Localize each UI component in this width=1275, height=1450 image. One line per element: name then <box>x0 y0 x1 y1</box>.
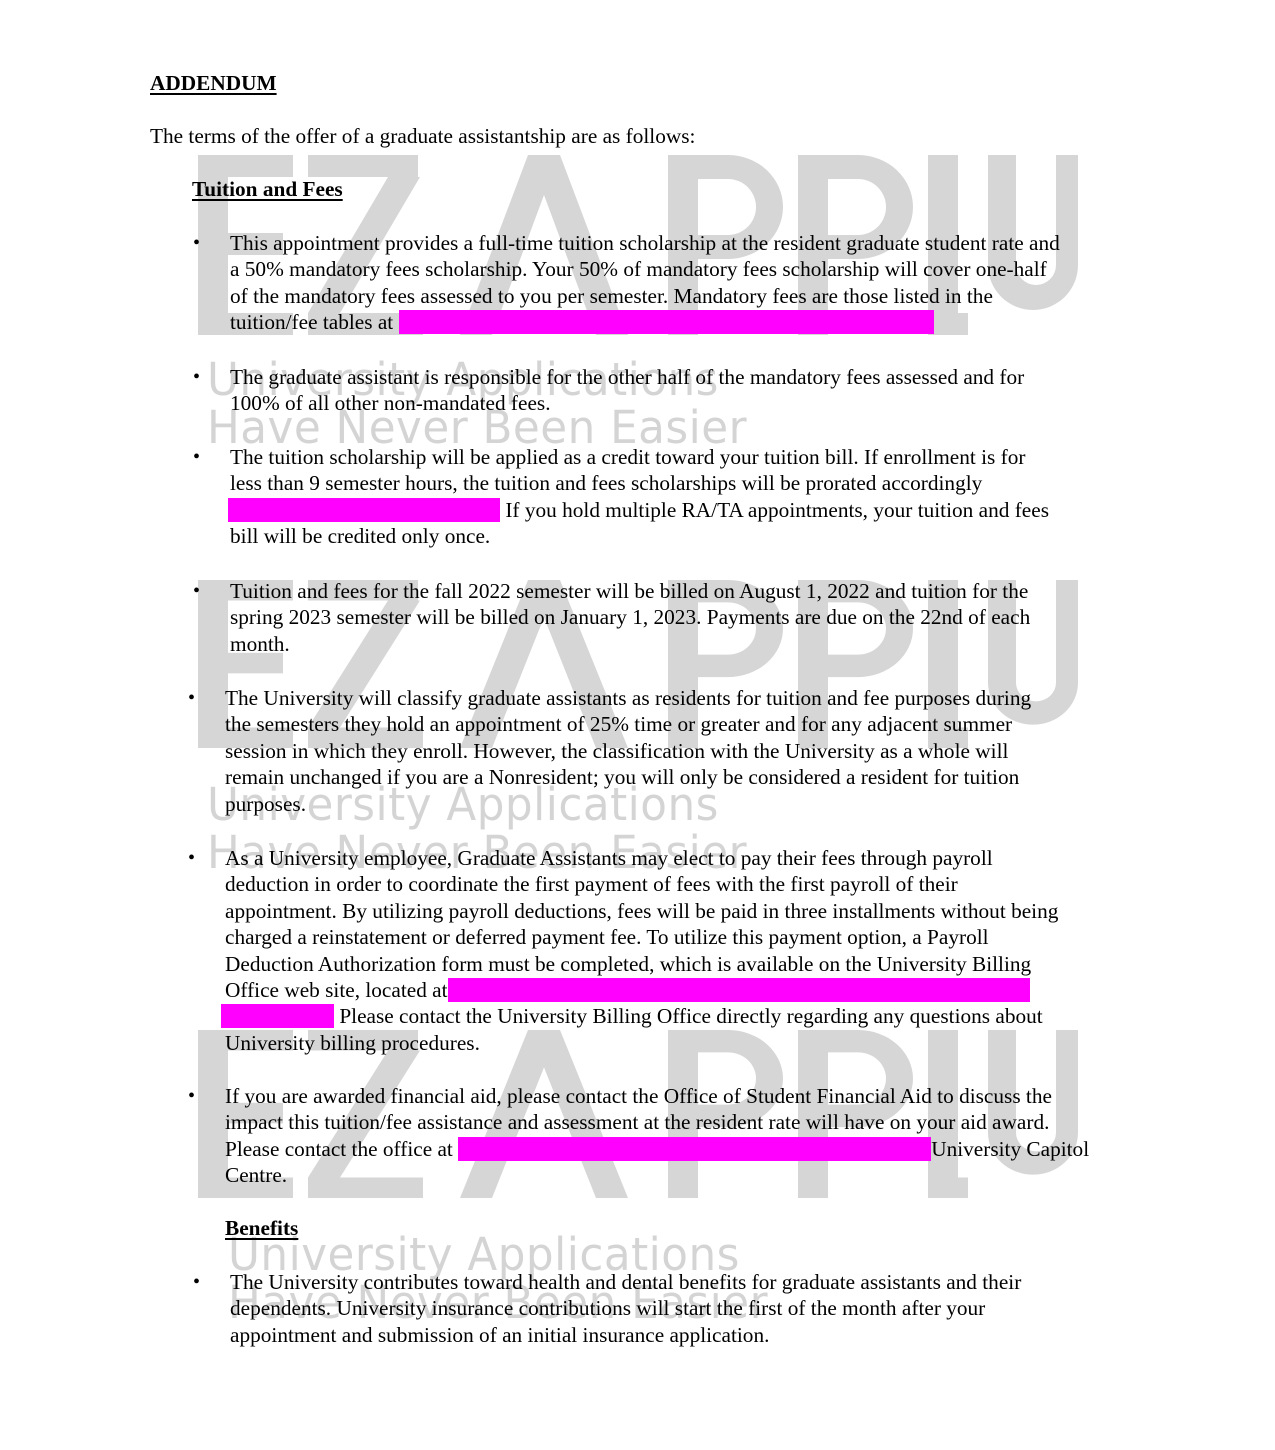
item-text-line: As a University employee, Graduate Assis… <box>225 845 1058 871</box>
item-text-line: month. <box>230 631 1030 657</box>
section-title-benefits: Benefits <box>225 1215 298 1241</box>
item-text-line: The graduate assistant is responsible fo… <box>230 364 1024 390</box>
document-page: ADDENDUM The terms of the offer of a gra… <box>0 0 1275 1450</box>
list-item: • If you are awarded financial aid, plea… <box>225 1083 1089 1189</box>
bullet-icon: • <box>193 578 200 604</box>
item-text-line: a 50% mandatory fees scholarship. Your 5… <box>230 256 1060 282</box>
item-text-line: Deduction Authorization form must be com… <box>225 951 1058 977</box>
bullet-icon: • <box>193 1269 200 1295</box>
item-text-line: less than 9 semester hours, the tuition … <box>230 470 1049 496</box>
bullet-icon: • <box>193 364 200 390</box>
item-text-line: spring 2023 semester will be billed on J… <box>230 604 1030 630</box>
item-text-line: dependents. University insurance contrib… <box>230 1295 1021 1321</box>
list-item: • As a University employee, Graduate Ass… <box>225 845 1058 1056</box>
intro-paragraph: The terms of the offer of a graduate ass… <box>150 123 695 149</box>
item-text-line: session in which they enroll. However, t… <box>225 738 1031 764</box>
redaction-block <box>228 498 500 522</box>
section-title-tuition-and-fees: Tuition and Fees <box>192 176 343 202</box>
item-text-line: 100% of all other non-mandated fees. <box>230 390 1024 416</box>
redaction-block <box>458 1137 931 1161</box>
redaction-block <box>448 978 1030 1002</box>
list-item: • This appointment provides a full-time … <box>230 230 1060 336</box>
item-text-line: This appointment provides a full-time tu… <box>230 230 1060 256</box>
item-text-line: Centre. <box>225 1162 1089 1188</box>
item-text-line: tuition/fee tables at <box>230 310 393 334</box>
bullet-icon: • <box>193 444 200 470</box>
item-text-line: remain unchanged if you are a Nonresiden… <box>225 764 1031 790</box>
item-text-line: University billing procedures. <box>225 1030 1058 1056</box>
item-text-line: University Capitol <box>931 1137 1089 1161</box>
item-text-line: The tuition scholarship will be applied … <box>230 444 1049 470</box>
item-text-line: bill will be credited only once. <box>230 523 1049 549</box>
list-item: • The tuition scholarship will be applie… <box>230 444 1049 550</box>
item-text-line: Office web site, located at <box>225 978 448 1002</box>
item-text-line: of the mandatory fees assessed to you pe… <box>230 283 1060 309</box>
item-text-line: charged a reinstatement or deferred paym… <box>225 924 1058 950</box>
item-text-line: If you are awarded financial aid, please… <box>225 1083 1089 1109</box>
item-text-line: The University will classify graduate as… <box>225 685 1031 711</box>
item-text-line: purposes. <box>225 791 1031 817</box>
redaction-block <box>221 1004 334 1028</box>
bullet-icon: • <box>188 845 195 871</box>
item-text-line: The University contributes toward health… <box>230 1269 1021 1295</box>
item-text-line: appointment and submission of an initial… <box>230 1322 1021 1348</box>
item-text-line: impact this tuition/fee assistance and a… <box>225 1109 1089 1135</box>
item-text-line: If you hold multiple RA/TA appointments,… <box>500 498 1049 522</box>
bullet-icon: • <box>193 230 200 256</box>
item-text-line: appointment. By utilizing payroll deduct… <box>225 898 1058 924</box>
item-text-line: deduction in order to coordinate the fir… <box>225 871 1058 897</box>
item-text-line: Please contact the office at <box>225 1137 453 1161</box>
list-item: • The graduate assistant is responsible … <box>230 364 1024 417</box>
redaction-block <box>399 310 934 334</box>
addendum-heading: ADDENDUM <box>150 70 277 96</box>
item-text-line: the semesters they hold an appointment o… <box>225 711 1031 737</box>
list-item: • Tuition and fees for the fall 2022 sem… <box>230 578 1030 657</box>
list-item: • The University will classify graduate … <box>225 685 1031 817</box>
list-item: • The University contributes toward heal… <box>230 1269 1021 1348</box>
item-text-line: Please contact the University Billing Of… <box>334 1004 1043 1028</box>
bullet-icon: • <box>188 685 195 711</box>
item-text-line: Tuition and fees for the fall 2022 semes… <box>230 578 1030 604</box>
bullet-icon: • <box>188 1083 195 1109</box>
